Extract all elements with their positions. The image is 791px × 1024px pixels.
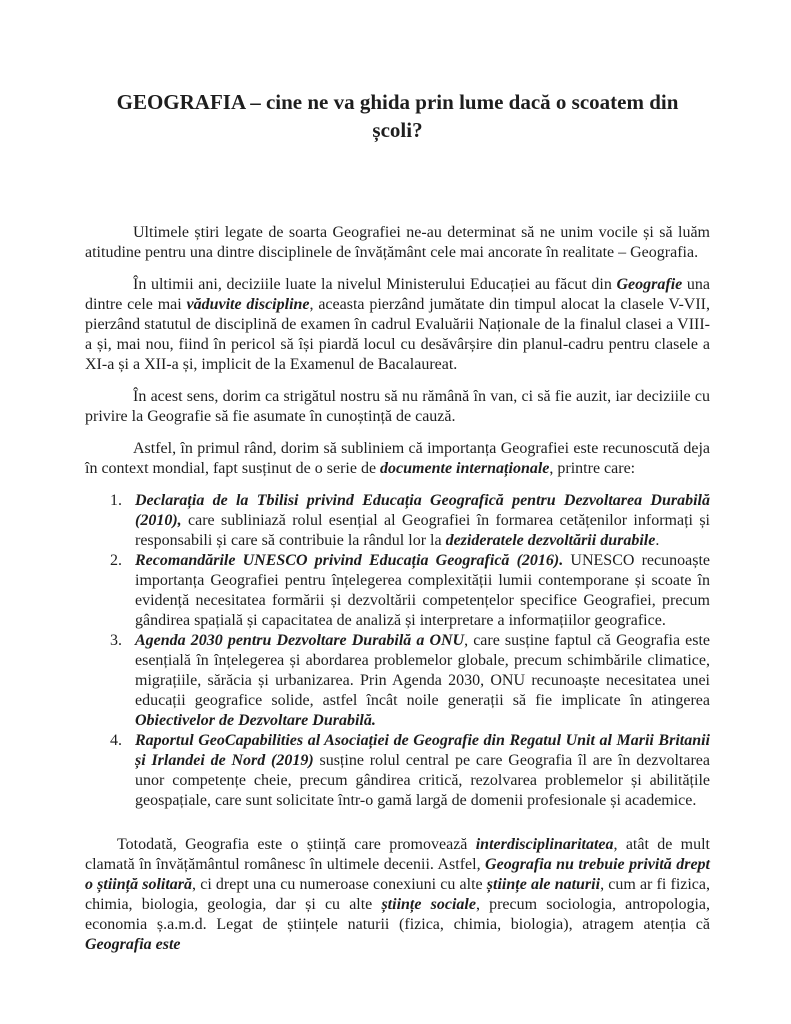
- text-run: Totodată, Geografia este o știință care …: [117, 836, 476, 853]
- text-run: În ultimii ani, deciziile luate la nivel…: [133, 276, 617, 293]
- list-item-2: 2.Recomandările UNESCO privind Educația …: [110, 551, 710, 631]
- list-item-1-text: Declarația de la Tbilisi privind Educați…: [135, 492, 710, 549]
- text-run-emphasis: dezideratele dezvoltării durabile: [446, 532, 656, 549]
- text-run: , ci drept una cu numeroase conexiuni cu…: [192, 876, 487, 893]
- list-item-2-number: 2.: [110, 551, 122, 571]
- list-item-1-number: 1.: [110, 491, 122, 511]
- document-title: GEOGRAFIA – cine ne va ghida prin lume d…: [108, 88, 688, 144]
- text-run-emphasis: științe ale naturii: [487, 876, 600, 893]
- list-item-3: 3.Agenda 2030 pentru Dezvoltare Durabilă…: [110, 631, 710, 731]
- list-item-4: 4.Raportul GeoCapabilities al Asociației…: [110, 731, 710, 811]
- paragraph-3: În acest sens, dorim ca strigătul nostru…: [85, 387, 710, 427]
- paragraph-4: Astfel, în primul rând, dorim să sublini…: [85, 439, 710, 479]
- text-run: Ultimele știri legate de soarta Geografi…: [85, 224, 710, 261]
- text-run: , printre care:: [549, 460, 635, 477]
- document-page: GEOGRAFIA – cine ne va ghida prin lume d…: [0, 0, 791, 1024]
- list-item-4-text: Raportul GeoCapabilities al Asociației d…: [135, 732, 710, 809]
- text-run: .: [655, 532, 659, 549]
- list-item-3-text: Agenda 2030 pentru Dezvoltare Durabilă a…: [135, 632, 710, 729]
- text-run-emphasis: interdisciplinaritatea: [476, 836, 614, 853]
- text-run-emphasis: Geografie: [617, 276, 683, 293]
- text-run-emphasis: Agenda 2030 pentru Dezvoltare Durabilă a…: [135, 632, 464, 649]
- list-item-4-number: 4.: [110, 731, 122, 751]
- list-item-2-text: Recomandările UNESCO privind Educația Ge…: [135, 552, 710, 629]
- text-run-emphasis: văduvite discipline: [187, 296, 310, 313]
- paragraph-2: În ultimii ani, deciziile luate la nivel…: [85, 275, 710, 375]
- text-run-emphasis: Geografia este: [85, 936, 181, 953]
- text-run-emphasis: Obiectivelor de Dezvoltare Durabilă.: [135, 712, 376, 729]
- list-item-1: 1.Declarația de la Tbilisi privind Educa…: [110, 491, 710, 551]
- text-run: În acest sens, dorim ca strigătul nostru…: [85, 388, 710, 425]
- text-run-emphasis: științe sociale: [381, 896, 475, 913]
- list-item-3-number: 3.: [110, 631, 122, 651]
- text-run-emphasis: documente internaționale: [380, 460, 549, 477]
- text-run-emphasis: Recomandările UNESCO privind Educația Ge…: [135, 552, 563, 569]
- paragraph-1: Ultimele știri legate de soarta Geografi…: [85, 223, 710, 263]
- international-documents-list: 1.Declarația de la Tbilisi privind Educa…: [110, 491, 710, 811]
- closing-paragraph: Totodată, Geografia este o știință care …: [85, 835, 710, 955]
